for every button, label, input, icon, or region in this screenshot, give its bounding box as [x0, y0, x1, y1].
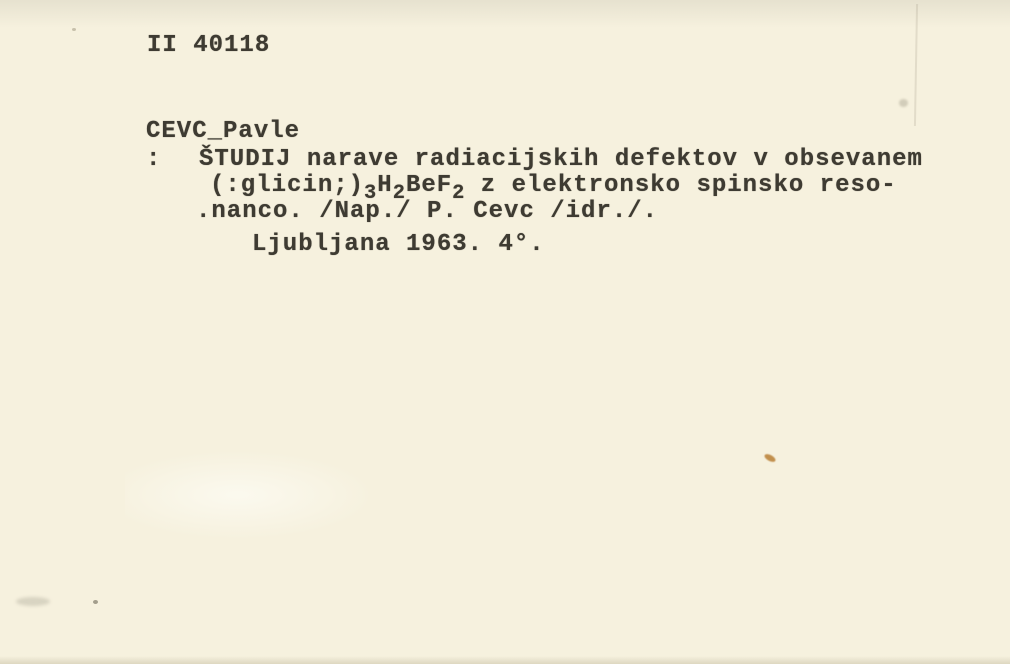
- scan-gray-dot: [899, 99, 908, 107]
- scan-crease: [914, 4, 918, 126]
- ink-speck: [93, 600, 98, 604]
- text-segment: H: [377, 172, 392, 199]
- text-segment: (:glicin;): [210, 172, 364, 199]
- title-line-statement: .nanco. /Nap./ P. Cevc /idr./.: [196, 199, 658, 225]
- title-line: ŠTUDIJ narave radiacijskih defektov v ob…: [199, 147, 923, 173]
- text-segment: z elektronsko spinsko reso-: [465, 172, 896, 199]
- entry-mark: :: [146, 147, 161, 173]
- imprint-line: Ljubljana 1963. 4°.: [252, 232, 545, 258]
- call-number: II 40118: [147, 33, 270, 59]
- text-segment: .nanco. /Nap./ P. Cevc /idr./.: [196, 198, 658, 225]
- catalog-card: II 40118 CEVC_Pavle : ŠTUDIJ narave radi…: [0, 0, 1010, 664]
- stain-speck: [763, 453, 776, 464]
- author-heading: CEVC_Pavle: [146, 119, 300, 145]
- paper-speck: [72, 28, 76, 31]
- pencil-smudge: [16, 597, 50, 606]
- erased-stamp-ghost: [125, 450, 375, 540]
- title-line-formula: (:glicin;)3H2BeF2 z elektronsko spinsko …: [210, 173, 897, 199]
- text-segment: BeF: [406, 172, 452, 199]
- text-segment: ŠTUDIJ narave radiacijskih defektov v ob…: [199, 146, 923, 173]
